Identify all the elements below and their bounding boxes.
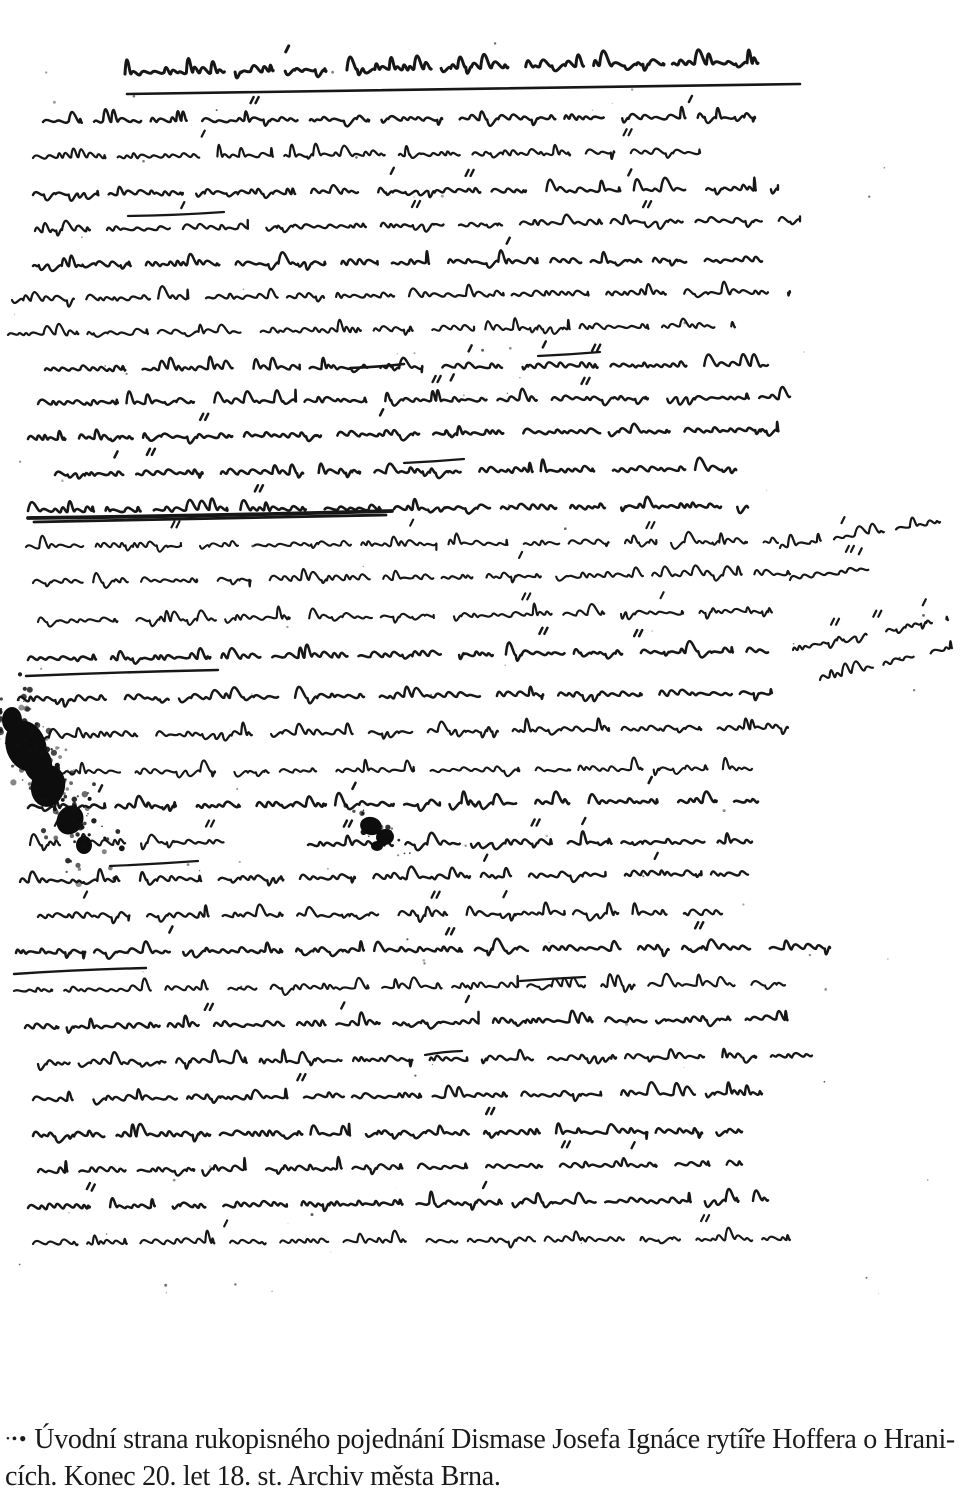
noise-speck (505, 665, 506, 666)
ink-blot-speckle (15, 756, 20, 761)
ink-blot-speckle (409, 852, 411, 854)
noise-speck (509, 347, 512, 350)
noise-speck (327, 868, 329, 870)
noise-speck (105, 264, 108, 267)
ink-blot-speckle (5, 742, 7, 744)
noise-speck (68, 1212, 70, 1214)
ink-blot-speckle (397, 854, 399, 856)
ink-blot-speckle (75, 863, 80, 868)
ink-blot-speckle (364, 822, 368, 826)
ink-blot-speckle (18, 705, 24, 711)
noise-speck (286, 626, 288, 628)
ink-blot-speckle (42, 769, 46, 773)
ink-blot-speckle (22, 779, 24, 781)
number-overline-stroke (404, 459, 464, 463)
manuscript-scan (0, 0, 960, 1340)
ink-blot-speckle (391, 827, 393, 829)
ink-blot-speckle (21, 732, 23, 734)
handwriting-line (28, 777, 758, 811)
ink-blot-speckle (67, 806, 69, 808)
ink-blot-speckle (363, 809, 365, 811)
ink-blot-speckle (17, 718, 22, 723)
number-overline-stroke (128, 212, 224, 216)
noise-speck (288, 1223, 289, 1224)
noise-speck (776, 190, 777, 191)
ink-blot-speckle (81, 845, 85, 849)
ink-blot-speckle (67, 824, 71, 828)
noise-speck (406, 938, 408, 940)
noise-speck (549, 942, 550, 943)
noise-speck (884, 167, 886, 169)
ink-blot-speckle (376, 841, 380, 845)
noise-speck (209, 1165, 211, 1167)
ink-blot-speckle (57, 785, 62, 790)
noise-speck (913, 689, 915, 691)
ink-blot-speckle (71, 804, 77, 810)
number-overline-stroke (110, 861, 198, 866)
noise-speck (216, 109, 218, 111)
ink-blot-speckle (63, 792, 66, 795)
ink-blot-speckle (69, 860, 72, 863)
handwriting-line (26, 520, 778, 552)
noise-speck (53, 101, 56, 104)
handwriting-line (33, 238, 762, 271)
ink-blot-speckle (119, 845, 125, 851)
handwriting-line (38, 374, 790, 405)
ink-blot-speckle (73, 769, 74, 770)
noise-speck (236, 788, 238, 790)
ink-blot-speckle (61, 798, 65, 802)
noise-speck (625, 1023, 628, 1026)
noise-speck (164, 1284, 167, 1287)
ink-blot-speckle (58, 755, 62, 759)
ink-blot-speckle (0, 738, 1, 739)
noise-speck (81, 236, 83, 238)
ink-blot-speckle (24, 739, 28, 743)
ink-blot-speckle (43, 798, 47, 802)
noise-speck (494, 42, 496, 44)
manuscript-handwriting (0, 0, 960, 1340)
ink-blot-speckle (40, 797, 43, 800)
noise-speck (330, 1252, 331, 1253)
title-underline-stroke (127, 84, 800, 94)
ink-blot-speckle (59, 812, 63, 816)
noise-speck (311, 1213, 314, 1216)
ink-blot-speckle (51, 750, 57, 756)
ink-blot-speckle (91, 818, 96, 823)
ink-blot-speckle (14, 713, 18, 717)
noise-speck (878, 1293, 879, 1294)
ink-blot-speckle (11, 765, 14, 768)
ink-blot-speckle (39, 761, 43, 765)
noise-speck (804, 352, 805, 353)
ink-blot-speckle (53, 809, 59, 815)
ink-blot-speckle (404, 853, 406, 855)
noise-speck (612, 103, 613, 104)
noise-speck (331, 71, 334, 74)
margin-note (780, 517, 940, 548)
ink-blot-speckle (35, 722, 41, 728)
caption-line-2: cích. Konec 20. let 18. st. Archiv města… (5, 1458, 957, 1495)
ink-blot-speckle (21, 694, 27, 700)
noise-speck (631, 88, 633, 90)
ink-blot-speckle (43, 790, 47, 794)
ink-blot-speckle (73, 840, 76, 843)
ink-blot-speckle (58, 747, 60, 749)
caption-text-line2: cích. Konec 20. let 18. st. Archiv města… (5, 1461, 501, 1492)
noise-speck (171, 616, 172, 617)
noise-speck (242, 288, 244, 290)
ink-blot-speckle (92, 782, 96, 786)
ink-blot-speckle (18, 700, 19, 701)
noise-speck (19, 1264, 21, 1266)
ink-blot-speckle (58, 791, 61, 794)
noise-speck (173, 1179, 176, 1182)
noise-speck (355, 156, 358, 159)
noise-speck (546, 835, 549, 838)
noise-speck (766, 490, 767, 491)
handwriting-line (20, 853, 748, 885)
ink-blot-speckle (85, 806, 90, 811)
ink-blot-speckle (33, 743, 37, 747)
noise-speck (564, 527, 567, 530)
ink-blot-speckle (67, 770, 69, 772)
ink-blot-speckle (0, 697, 3, 700)
ink-blot-speckle (36, 740, 38, 742)
ink-blot-speckle (75, 832, 79, 836)
noise-speck (824, 1081, 826, 1083)
ink-blot-speckle (352, 810, 355, 813)
strikethrough-stroke (350, 364, 404, 368)
noise-speck (414, 1075, 416, 1077)
ink-blot-speckle (115, 829, 120, 834)
handwriting-line (38, 1049, 812, 1070)
noise-speck (29, 708, 32, 711)
ink-blot-speckle (32, 793, 35, 796)
noise-speck (887, 958, 889, 960)
ink-blot-speckle (53, 767, 55, 769)
handwriting-line (28, 1182, 768, 1211)
ink-blot-speckle (75, 881, 81, 887)
noise-speck (481, 349, 484, 352)
noise-speck (775, 984, 776, 985)
ink-blot-speckle (49, 733, 51, 735)
noise-speck (927, 1179, 929, 1181)
ink-blot-speckle (69, 770, 75, 776)
handwriting-line (14, 974, 785, 995)
noise-speck (142, 160, 145, 163)
ink-blot-speckle (27, 687, 33, 693)
ink-blot-speckle (397, 839, 400, 842)
ink-blot-speckle (50, 748, 52, 750)
ink-blot-speckle (76, 821, 81, 826)
handwriting-line (33, 1074, 762, 1104)
noise-speck (809, 954, 811, 956)
handwriting-line (33, 552, 790, 588)
noise-speck (723, 809, 726, 812)
noise-speck (251, 545, 254, 548)
number-overline-stroke (538, 352, 600, 356)
noise-speck (742, 903, 744, 905)
ink-blot-speckle (28, 782, 32, 786)
handwriting-line (35, 718, 788, 743)
caption-text-line1: Úvodní strana rukopisného pojednání Dism… (34, 1424, 955, 1455)
handwriting-line (8, 318, 735, 337)
noise-speck (592, 109, 594, 111)
ink-blot-speckle (45, 776, 50, 781)
ink-blot-speckle (55, 746, 58, 749)
ink-blot-speckle (54, 776, 56, 778)
ink-blot-speckle (29, 786, 33, 790)
margin-note (820, 641, 952, 680)
ink-blot-speckle (72, 797, 78, 803)
ink-blot-speckle (385, 825, 390, 830)
noise-speck (423, 962, 425, 964)
word-underline-stroke (26, 670, 218, 676)
noise-speck (104, 365, 106, 367)
ink-blot-speckle (45, 737, 49, 741)
ink-blot-speckle (378, 825, 383, 830)
ink-blot-speckle (46, 728, 52, 734)
ink-blot-speckle (42, 726, 44, 728)
noise-speck (251, 693, 253, 695)
ink-blot-speckle (35, 788, 39, 792)
handwriting-line (33, 1215, 790, 1247)
noise-speck (899, 657, 901, 659)
handwriting-line (40, 758, 752, 778)
ink-blot-speckle (48, 770, 49, 771)
noise-speck (40, 668, 42, 670)
ink-blot-speckle (65, 748, 68, 751)
ink-blot-speckle (10, 779, 16, 785)
handwriting-line (28, 628, 768, 664)
ink-blot-speckle (344, 803, 349, 808)
ink-blot-speckle (44, 747, 50, 753)
handwriting-line (16, 922, 830, 959)
ink-blot-speckle (22, 749, 23, 750)
ink-blot-speckle (40, 751, 46, 757)
noise-speck (507, 393, 508, 394)
word-underline-stroke (14, 968, 146, 974)
ink-blot-speckle (30, 757, 35, 762)
ink-blot-speckle (68, 817, 71, 820)
ink-blot-speckle (74, 817, 77, 820)
ink-blot-speckle (7, 729, 9, 731)
handwriting-line (12, 282, 790, 307)
ink-blot-speckle (112, 876, 116, 880)
ink-blot-speckle (101, 826, 103, 828)
noise-speck (87, 792, 89, 794)
noise-speck (45, 71, 47, 73)
noise-speck (642, 875, 644, 877)
handwriting-line (28, 409, 778, 443)
ink-blot-speckle (390, 832, 392, 834)
ink-blot-speckle (66, 787, 70, 791)
handwriting-line (33, 1108, 742, 1143)
noise-speck (106, 1233, 108, 1235)
noise-speck (61, 479, 64, 482)
ink-blot-speckle (83, 822, 87, 826)
ink-blot-speckle (86, 815, 87, 816)
ink-blot-speckle (48, 798, 49, 799)
noise-speck (187, 863, 190, 866)
ink-blot-speckle (14, 737, 16, 739)
noise-speck (432, 1064, 433, 1065)
noise-speck (127, 952, 129, 954)
noise-speck (234, 1283, 236, 1285)
ink-blot-speckle (30, 728, 32, 730)
page: •••Úvodní strana rukopisného pojednání D… (0, 0, 960, 1496)
noise-speck (464, 845, 466, 847)
caption-line-1: •••Úvodní strana rukopisného pojednání D… (5, 1421, 957, 1458)
ink-blot-speckle (15, 743, 20, 748)
noise-speck (413, 196, 414, 197)
ink-blot-speckle (78, 868, 81, 871)
noise-speck (142, 971, 143, 972)
noise-speck (14, 314, 15, 315)
noise-speck (868, 196, 870, 198)
ink-blot-speckle (18, 672, 22, 676)
handwriting-line (43, 96, 755, 126)
handwriting-line (18, 687, 772, 707)
noise-speck (922, 614, 925, 617)
ink-blot-speckle (88, 797, 92, 801)
handwriting-line (38, 891, 722, 923)
ink-blot-speckle (41, 784, 43, 786)
number-overline-stroke (425, 1051, 462, 1055)
ink-blot-speckle (24, 706, 30, 712)
noise-speck (422, 959, 425, 962)
handwriting-line (35, 201, 800, 235)
noise-speck (19, 461, 21, 463)
ink-blot-speckle (47, 758, 53, 764)
ink-blot-speckle (77, 795, 79, 797)
noise-speck (178, 841, 179, 842)
noise-speck (684, 322, 687, 325)
handwriting-line (33, 168, 778, 201)
ink-blot-speckle (88, 833, 91, 836)
noise-speck (519, 377, 520, 378)
noise-speck (126, 373, 128, 375)
ink-blot-speckle (44, 835, 48, 839)
ink-blot-speckle (23, 754, 25, 756)
noise-speck (396, 1188, 397, 1189)
ink-blot-speckle (21, 718, 27, 724)
ink-blot-speckle (5, 714, 9, 718)
ink-blot-speckle (23, 687, 27, 691)
noise-speck (441, 195, 444, 198)
handwriting-line (38, 592, 772, 626)
noise-speck (133, 95, 136, 98)
ink-blot-speckle (14, 765, 15, 766)
ink-blot-speckle (84, 842, 86, 844)
ink-blot-speckle (69, 781, 73, 785)
ink-blot-speckle (23, 701, 24, 702)
noise-speck (866, 1277, 868, 1279)
noise-speck (581, 1243, 582, 1244)
noise-speck (199, 870, 200, 871)
ink-blot-speckle (359, 811, 364, 816)
ink-blot-speckle (13, 726, 15, 728)
noise-speck (684, 1067, 685, 1068)
ink-blot-speckle (82, 791, 88, 797)
ink-blot-speckle (70, 834, 74, 838)
noise-speck (363, 566, 364, 567)
ink-blot-speckle (41, 828, 46, 833)
noise-speck (413, 352, 415, 354)
ink-blot-speckle (55, 783, 57, 785)
handwriting-line (55, 449, 736, 479)
noise-speck (824, 988, 827, 991)
ink-blot-speckle (53, 836, 58, 841)
ink-blot-speckle (19, 768, 24, 773)
ink-blot-speckle (361, 829, 367, 835)
noise-speck (240, 986, 242, 988)
ink-blot-speckle (87, 813, 88, 814)
ink-blot-speckle (64, 795, 68, 799)
ink-blot-speckle (55, 763, 60, 768)
noise-speck (463, 394, 465, 396)
ink-blot-speckle (65, 871, 67, 873)
noise-speck (793, 643, 795, 645)
noise-speck (508, 504, 510, 506)
handwriting-line (25, 996, 788, 1033)
noise-speck (652, 630, 653, 631)
ink-blot-speckle (368, 836, 370, 838)
noise-speck (397, 353, 398, 354)
noise-speck (239, 861, 241, 863)
noise-speck (430, 694, 432, 696)
ink-blot-speckle (102, 849, 107, 854)
ink-blot-speckle (28, 749, 33, 754)
noise-speck (271, 1291, 273, 1293)
margin-note (793, 599, 948, 650)
margin-note (790, 546, 868, 580)
caption: •••Úvodní strana rukopisného pojednání D… (5, 1421, 957, 1495)
handwriting-line (38, 1141, 742, 1176)
ink-blot-speckle (108, 866, 113, 871)
handwriting-line (45, 341, 768, 372)
noise-speck (166, 1292, 167, 1293)
ink-blot-speckle (46, 754, 48, 756)
handwriting-line (33, 129, 700, 159)
handwriting-title (125, 46, 758, 78)
ink-blot-speckle (64, 778, 66, 780)
ink-blot-speckle (27, 741, 28, 742)
ink-blot-speckle (106, 837, 110, 841)
ink-blot-speckle (27, 731, 31, 735)
